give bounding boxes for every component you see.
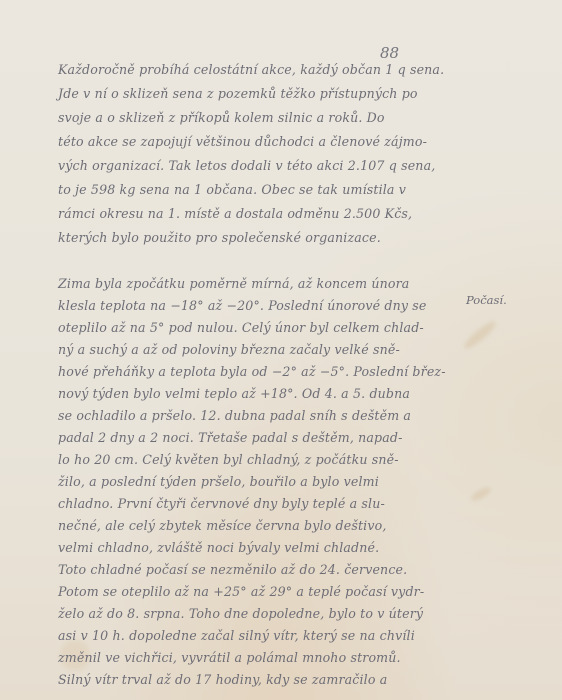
text-line: asi v 10 h. dopoledne začal silný vítr, …	[58, 628, 415, 643]
text-line: Potom se oteplilo až na +25° až 29° a te…	[58, 584, 424, 599]
text-line: lo ho 20 cm. Celý květen byl chladný, z …	[58, 452, 399, 467]
text-line: vých organizací. Tak letos dodali v této…	[58, 158, 435, 173]
text-line: chladno. První čtyři červnové dny byly t…	[58, 496, 385, 511]
text-line: změnil ve vichřici, vyvrátil a polámal m…	[58, 650, 401, 665]
text-line: Silný vítr trval až do 17 hodiny, kdy se…	[58, 672, 387, 687]
text-line: nový týden bylo velmi teplo až +18°. Od …	[58, 386, 410, 401]
text-line: želo až do 8. srpna. Toho dne dopoledne,…	[58, 606, 423, 621]
text-line: se ochladilo a pršelo. 12. dubna padal s…	[58, 408, 411, 423]
text-line: nečné, ale celý zbytek měsíce června byl…	[58, 518, 387, 533]
text-line: Zima byla zpočátku poměrně mírná, až kon…	[58, 276, 409, 291]
text-line: kterých bylo použito pro společenské org…	[58, 230, 381, 245]
text-line: žilo, a poslední týden pršelo, bouřilo a…	[58, 474, 379, 489]
handwritten-chronicle-page: 88 Každoročně probíhá celostátní akce, k…	[0, 0, 562, 700]
text-line: hové přeháňky a teplota byla od −2° až −…	[58, 364, 446, 379]
text-line: ný a suchý a až od poloviny března začal…	[58, 342, 400, 357]
text-line: svoje a o sklizeň z příkopů kolem silnic…	[58, 110, 385, 125]
text-line: klesla teplota na −18° až −20°. Poslední…	[58, 298, 427, 313]
text-line: oteplilo až na 5° pod nulou. Celý únor b…	[58, 320, 424, 335]
page-number: 88	[380, 44, 399, 62]
text-line: Toto chladné počasí se nezměnilo až do 2…	[58, 562, 407, 577]
text-line: Každoročně probíhá celostátní akce, každ…	[58, 62, 444, 77]
paper-stain	[461, 318, 498, 351]
text-line: této akce se zapojují většinou důchodci …	[58, 134, 427, 149]
text-line: padal 2 dny a 2 noci. Třetaše padal s de…	[58, 430, 403, 445]
text-line: to je 598 kg sena na 1 občana. Obec se t…	[58, 182, 406, 197]
text-line: rámci okresu na 1. místě a dostala odměn…	[58, 206, 412, 221]
text-line: velmi chladno, zvláště noci bývaly velmi…	[58, 540, 379, 555]
margin-note-weather: Počasí.	[466, 293, 507, 307]
text-line: Jde v ní o sklizeň sena z pozemků těžko …	[58, 86, 418, 101]
paper-stain	[469, 485, 492, 503]
